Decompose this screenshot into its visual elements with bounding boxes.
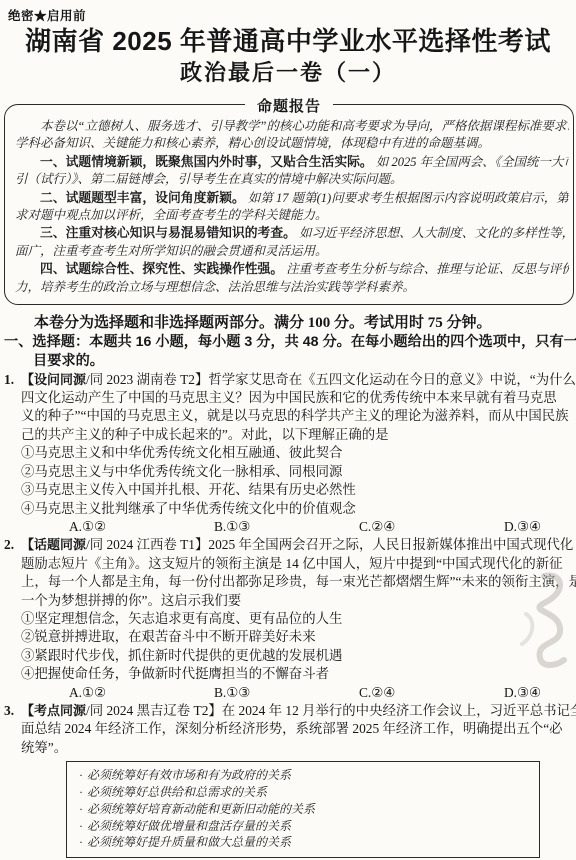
question-stem-line: 面总结 2024 年经济工作，深刻分析经济形势，系统部署 2025 年经济工作，… (21, 720, 576, 738)
question-source-ref: /同 2023 湖南卷 T2】 (86, 372, 208, 387)
report-line: 求对题中观点加以评析，全面考查考生的学科关键能力。 (15, 207, 569, 224)
report-line-text: 如习近平经济思想、人大制度、文化的多样性等，考查知识 (296, 226, 569, 240)
question-stem-line: 义的种子”“中国的马克思主义，就是以马克思的科学共产主义的理论为滋养料，而从中国… (21, 407, 576, 425)
exam-paper-page: 绝密★启用前 湖南省 2025 年普通高中学业水平选择性考试 政治最后一卷（一）… (0, 0, 576, 860)
bullet-marker: · (79, 802, 83, 816)
answer-choices-row: A.①②B.①③C.②④D.③④ (69, 518, 576, 536)
report-line-text: 力，培养考生的政治立场与理想信念、法治思维与法治实践等学科素养。 (15, 280, 415, 294)
report-line-text: 如 2025 年全国两会、《全国统一大市场建设指 (373, 155, 569, 169)
proposition-report-box: 命题报告 本卷以“立德树人、服务选才、引导教学”的核心功能和高考要求为导向，严格… (4, 104, 574, 305)
question-number: 3. (4, 702, 14, 720)
question-stem-line: 统筹”。 (21, 739, 576, 757)
report-line-text: 如第 17 题第(1)问要求考生根据图示内容说明政策启示，第 19 题要 (245, 191, 569, 205)
question-option: ②马克思主义与中华优秀传统文化一脉相承、同根同源 (21, 463, 576, 481)
question-option: ④把握使命任务，争做新时代挺膺担当的不懈奋斗者 (21, 665, 576, 683)
answer-choice: C.②④ (359, 684, 504, 702)
report-line: 力，培养考生的政治立场与理想信念、法治思维与法治实践等学科素养。 (15, 279, 569, 296)
question-first-line: 【话题同源/同 2024 江西卷 T1】2025 年全国两会召开之际，人民日报新… (21, 536, 576, 554)
section-heading-line1: 一、选择题：本题共 16 小题，每小题 3 分，共 48 分。在每小题给出的四个… (4, 333, 576, 352)
report-line: 引（试行）》、第二届链博会，引导考生在真实的情境中解决实际问题。 (15, 171, 569, 188)
answer-choice: A.①② (69, 518, 214, 536)
report-line: 四、试题综合性、探究性、实践操作性强。 注重考查考生分析与综合、推理与论证、反思… (15, 260, 569, 278)
question-stem-line: 一个为梦想拼搏的你”。这启示我们要 (21, 592, 576, 610)
bullet-marker: · (79, 768, 83, 782)
answer-choice: C.②④ (359, 518, 504, 536)
page-title: 湖南省 2025 年普通高中学业水平选择性考试 (0, 24, 576, 58)
statement-item: ·必须统筹好总供给和总需求的关系 (79, 784, 535, 801)
answer-choice: B.①③ (214, 518, 359, 536)
page-subtitle: 政治最后一卷（一） (0, 58, 576, 88)
report-line-text: 学科必备知识、关键能力和核心素养，精心创设试题情境，体现稳中有进的命题基调。 (15, 136, 490, 150)
question-source-ref: /同 2024 江西卷 T1】 (86, 537, 208, 552)
question-list: 1.【设问同源/同 2023 湖南卷 T2】哲学家艾思奇在《五四文化运动在今日的… (0, 371, 576, 859)
report-line: 学科必备知识、关键能力和核心素养，精心创设试题情境，体现稳中有进的命题基调。 (15, 135, 569, 152)
question-stem-line: 四文化运动产生了中国的马克思主义？因为中国民族和它的优秀传统中本来早就有着马克思 (21, 389, 576, 407)
question-source-ref: /同 2024 黑吉辽卷 T2】 (86, 703, 222, 718)
question-stem-text: 2025 年全国两会召开之际，人民日报新媒体推出中国式现代化 (208, 537, 573, 552)
answer-choice: D.③④ (504, 684, 541, 702)
question-1: 1.【设问同源/同 2023 湖南卷 T2】哲学家艾思奇在《五四文化运动在今日的… (0, 371, 576, 537)
question-source-tag: 【考点同源 (21, 703, 86, 718)
question-source-tag: 【话题同源 (21, 537, 86, 552)
bullet-marker: · (79, 785, 83, 799)
answer-choice: D.③④ (504, 518, 541, 536)
report-line-heading: 一、试题情境新颖，既聚焦国内外时事，又贴合生活实际。 (40, 154, 373, 169)
report-line: 三、注重对核心知识与易混易错知识的考查。 如习近平经济思想、人大制度、文化的多样… (15, 224, 569, 242)
question-number: 2. (4, 536, 14, 554)
question-stem-text: 哲学家艾思奇在《五四文化运动在今日的意义》中说，“为什么五 (208, 372, 576, 387)
section-choice-heading: 一、选择题：本题共 16 小题，每小题 3 分，共 48 分。在每小题给出的四个… (0, 333, 576, 371)
report-line-heading: 二、试题题型丰富，设问角度新颖。 (40, 190, 245, 205)
statement-item: ·必须统筹好有效市场和有为政府的关系 (79, 767, 535, 784)
report-box-body: 本卷以“立德树人、服务选才、引导教学”的核心功能和高考要求为导向，严格依据课程标… (15, 118, 569, 296)
question-3: 3.【考点同源/同 2024 黑吉辽卷 T2】在 2024 年 12 月举行的中… (0, 702, 576, 858)
question-stem-line: 上，每一个人都是主角，每一份付出都弥足珍贵，每一束光芒都熠熠生辉”“未来的领衔主… (21, 573, 576, 591)
classified-label: 绝密★启用前 (8, 6, 86, 24)
statement-box: ·必须统筹好有效市场和有为政府的关系·必须统筹好总供给和总需求的关系·必须统筹好… (66, 761, 540, 858)
report-line-text: 注重考查考生分析与综合、推理与论证、反思与评价等关键能 (283, 262, 569, 276)
report-line-heading: 三、注重对核心知识与易混易错知识的考查。 (40, 225, 296, 240)
section-heading-line2: 目要求的。 (4, 352, 576, 371)
statement-item: ·必须统筹好做优增量和盘活存量的关系 (79, 818, 535, 835)
bullet-marker: · (79, 835, 83, 849)
question-option: ②锐意拼搏进取，在艰苦奋斗中不断开辟美好未来 (21, 628, 576, 646)
question-option: ①马克思主义和中华优秀传统文化相互融通、彼此契合 (21, 444, 576, 462)
exam-info-line: 本卷分为选择题和非选择题两部分。满分 100 分。考试用时 75 分钟。 (34, 313, 576, 333)
report-line: 面广，注重考查考生对所学知识的融会贯通和灵活运用。 (15, 243, 569, 260)
question-source-tag: 【设问同源 (21, 372, 86, 387)
report-line-text: 引（试行）》、第二届链博会，引导考生在真实的情境中解决实际问题。 (15, 172, 403, 186)
report-line-text: 本卷以“立德树人、服务选才、引导教学”的核心功能和高考要求为导向，严格依据课程标… (40, 119, 569, 133)
question-option: ③紧跟时代步伐，抓住新时代提供的更优越的发展机遇 (21, 647, 576, 665)
question-2: 2.【话题同源/同 2024 江西卷 T1】2025 年全国两会召开之际，人民日… (0, 536, 576, 702)
statement-item: ·必须统筹好培育新动能和更新旧动能的关系 (79, 801, 535, 818)
question-number: 1. (4, 371, 14, 389)
answer-choice: B.①③ (214, 684, 359, 702)
question-first-line: 【设问同源/同 2023 湖南卷 T2】哲学家艾思奇在《五四文化运动在今日的意义… (21, 371, 576, 389)
answer-choices-row: A.①②B.①③C.②④D.③④ (69, 684, 576, 702)
report-line: 一、试题情境新颖，既聚焦国内外时事，又贴合生活实际。 如 2025 年全国两会、… (15, 153, 569, 171)
report-line: 本卷以“立德树人、服务选才、引导教学”的核心功能和高考要求为导向，严格依据课程标… (15, 118, 569, 135)
bullet-marker: · (79, 819, 83, 833)
report-box-title: 命题报告 (245, 95, 333, 116)
question-option: ①坚定理想信念，矢志追求更有高度、更有品位的人生 (21, 610, 576, 628)
question-stem-line: 题励志短片《主角》。这支短片的领衔主演是 14 亿中国人，短片中提到“中国式现代… (21, 555, 576, 573)
report-line-text: 面广，注重考查考生对所学知识的融会贯通和灵活运用。 (15, 244, 328, 258)
question-option: ④马克思主义批判继承了中华优秀传统文化中的价值观念 (21, 500, 576, 518)
report-line-heading: 四、试题综合性、探究性、实践操作性强。 (40, 261, 283, 276)
answer-choice: A.①② (69, 684, 214, 702)
statement-item: ·必须统筹好提升质量和做大总量的关系 (79, 834, 535, 851)
question-stem-line: 己的共产主义的种子中成长起来的”。对此，以下理解正确的是 (21, 426, 576, 444)
question-option: ③马克思主义传入中国并扎根、开花、结果有历史必然性 (21, 481, 576, 499)
question-stem-text: 在 2024 年 12 月举行的中央经济工作会议上，习近平总书记全 (222, 703, 576, 718)
report-line-text: 求对题中观点加以评析，全面考查考生的学科关键能力。 (15, 208, 328, 222)
question-first-line: 【考点同源/同 2024 黑吉辽卷 T2】在 2024 年 12 月举行的中央经… (21, 702, 576, 720)
report-line: 二、试题题型丰富，设问角度新颖。 如第 17 题第(1)问要求考生根据图示内容说… (15, 189, 569, 207)
